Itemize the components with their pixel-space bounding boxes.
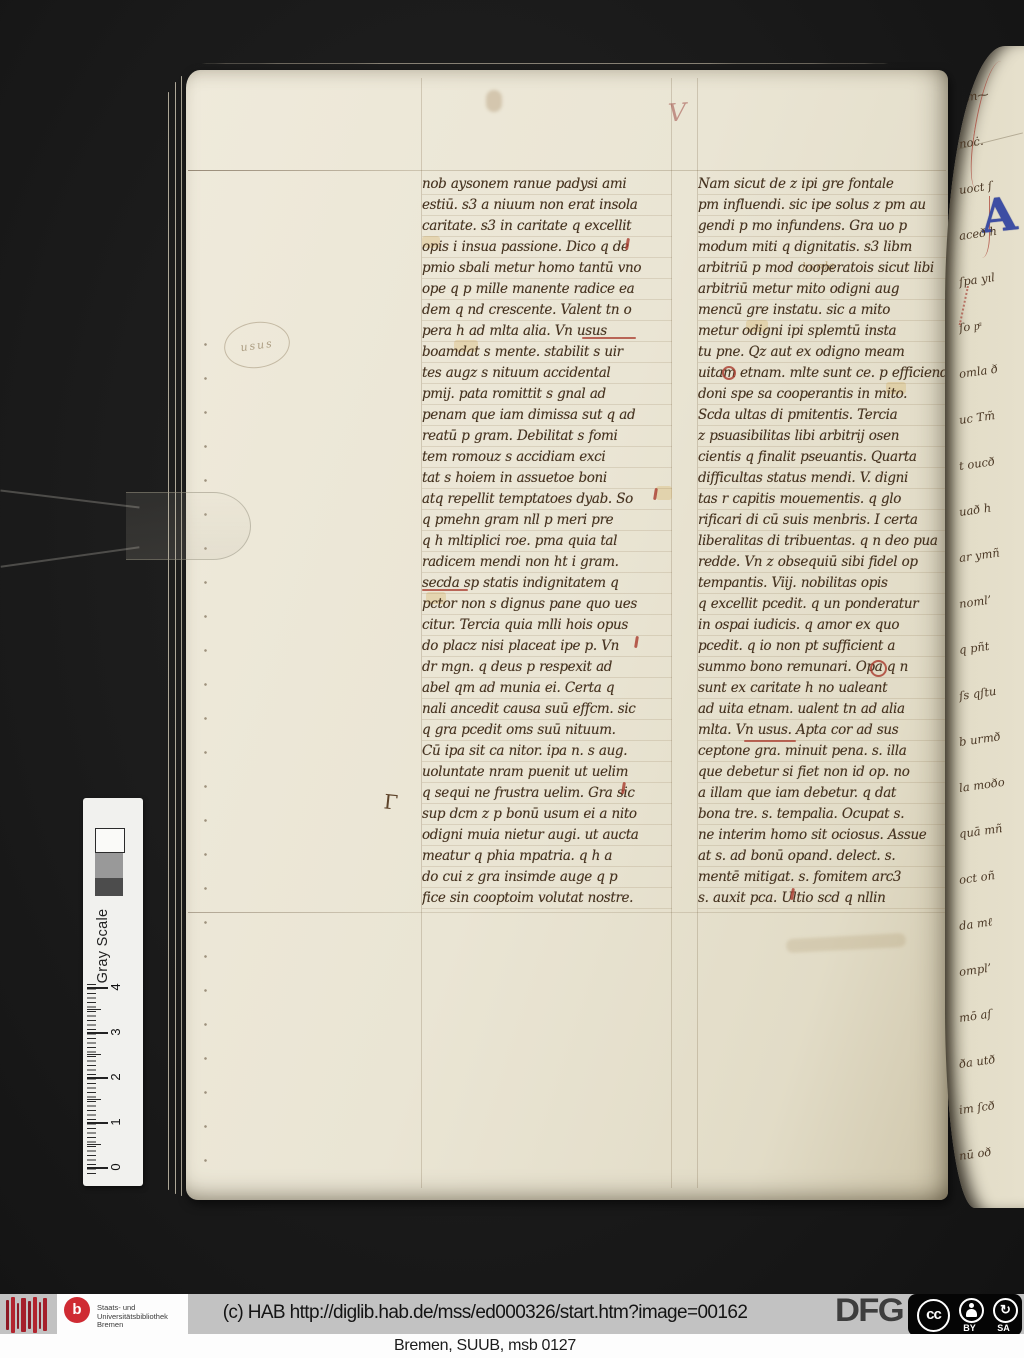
red-underline <box>744 740 796 742</box>
manuscript-text-line: uoluntate nram puenit ut uelim <box>422 762 672 783</box>
cc-icon: cc <box>917 1299 950 1332</box>
cc-by-person-icon <box>959 1298 984 1323</box>
caption-strip: Bremen, SUUB, msb 0127 <box>0 1334 1024 1358</box>
manuscript-text-line: tas r capitis mouementis. q glo <box>698 489 948 510</box>
manuscript-text-line: q sequi ne frustra uelim. Gra sic <box>422 783 672 804</box>
facing-page-text: um⁓noċ.uoct ſaceð hſpa yılſo pͣomla ðuc … <box>961 86 1024 1190</box>
red-underline <box>582 337 636 339</box>
page-holder-clip <box>118 468 268 580</box>
manuscript-text-line: nob aysonem ranue padysi ami <box>422 174 672 195</box>
manuscript-text-line: a illam que iam debetur. q dat <box>698 783 948 804</box>
manuscript-text-line: ope q p mille manente radice ea <box>422 279 672 300</box>
ruling-line-bottom <box>188 912 946 913</box>
manuscript-text-line: estiū. s3 a niuum non erat insola <box>422 195 672 216</box>
clip-edge <box>0 489 139 508</box>
manuscript-text-line: Cū ipa sit ca nitor. ipa n. s aug. <box>422 741 672 762</box>
manuscript-text-line: que debetur si fiet non id op. no <box>698 762 948 783</box>
manuscript-text-line: q h mltiplici roe. pma quia tal <box>422 531 672 552</box>
manuscript-text-line: summo bono remunari. Opa q n <box>698 657 948 678</box>
manuscript-text-line: citur. Tercia quia mlli hois opus <box>422 615 672 636</box>
pricking-holes <box>203 342 208 1172</box>
copyright-url: (c) HAB http://diglib.hab.de/mss/ed00032… <box>0 1302 970 1324</box>
manuscript-text-line: gendi p mo infundens. Gra uo p <box>698 216 948 237</box>
manuscript-text-line: pmio sbali metur homo tantū vno <box>422 258 672 279</box>
manuscript-text-line: bona tre. s. tempalia. Ocupat s. <box>698 804 948 825</box>
quire-mark: V <box>666 97 688 127</box>
ruler-half-tick <box>87 1009 101 1010</box>
manuscript-text-line: pctor non s dignus pane quo ues <box>422 594 672 615</box>
manuscript-text-line: q pmehn gram nll p meri pre <box>422 510 672 531</box>
ruler-number: 0 <box>108 1157 122 1177</box>
ruler-number: 3 <box>108 1022 122 1042</box>
person-head <box>969 1303 974 1308</box>
text-column-left: nob aysonem ranue padysi amiestiū. s3 a … <box>422 174 672 909</box>
manuscript-text-line: tes augz s nituum accidental <box>422 363 672 384</box>
leaf-top-edge <box>200 63 890 64</box>
manuscript-text-line: arbitriū p mod cooperatois sicut libi <box>698 258 948 279</box>
gray-patch-dark <box>95 878 123 896</box>
manuscript-text-line: mlta. Vn usus. Apta cor ad sus <box>698 720 948 741</box>
manuscript-text-line: dem q nd crescente. Valent tn o <box>422 300 672 321</box>
manuscript-text-line: pmij. pata romittit s gnal ad <box>422 384 672 405</box>
manuscript-text-line: z psuasibilitas libi arbitrij osen <box>698 426 948 447</box>
manuscript-text-line: boamdat s mente. stabilit s uir <box>422 342 672 363</box>
shelfmark-caption: Bremen, SUUB, msb 0127 <box>0 1337 970 1355</box>
manuscript-text-line: ad uita etnam. ualent tn ad alia <box>698 699 948 720</box>
manuscript-text-line: sup dcm z p bonū usum ei a nito <box>422 804 672 825</box>
red-initial-ring <box>722 366 736 380</box>
ruler-major-tick <box>87 1122 108 1124</box>
library-stamp: usus <box>221 318 293 373</box>
credit-bar: b Staats- und Universitätsbibliothek Bre… <box>0 1294 1024 1334</box>
ruling-line-top <box>188 170 946 171</box>
manuscript-text-line: s. auxit pca. Ultio scd q nllin <box>698 888 948 909</box>
manuscript-text-line: fice sin cooptoim volutat nostre. <box>422 888 672 909</box>
manuscript-text-line: in ospai iudicis. q amor ex quo <box>698 615 948 636</box>
leaf-edge <box>175 82 176 1194</box>
manuscript-text-line: at s. ad bonū opand. delect. s. <box>698 846 948 867</box>
facing-page-sliver: A um⁓noċ.uoct ſaceð hſpa yılſo pͣomla ðu… <box>945 46 1024 1208</box>
red-underline <box>422 589 468 591</box>
ruler-number: 1 <box>108 1112 122 1132</box>
ruler-major-tick <box>87 1077 108 1079</box>
manuscript-text-line: nū oð <box>958 1139 1024 1194</box>
manuscript-text-line: liberalitas di tribuentas. q n deo pua <box>698 531 948 552</box>
ruler-major-tick <box>87 987 108 989</box>
manuscript-text-line: q gra pcedit oms suū nituum. <box>422 720 672 741</box>
dfg-logo: DFG <box>827 1292 911 1329</box>
manuscript-text-line: pm influendi. sic ipe solus z pm au <box>698 195 948 216</box>
manuscript-text-line: ne interim homo sit ociosus. Assue <box>698 825 948 846</box>
red-initial-ring <box>870 660 887 677</box>
manuscript-text-line: metur odigni ipi splemtū insta <box>698 321 948 342</box>
manuscript-text-line: do cui z gra insimde auge q p <box>422 867 672 888</box>
manuscript-page: V usus Γ horda nob aysonem ranue padysi … <box>186 70 948 1200</box>
faded-note-smudge <box>786 933 907 953</box>
gray-scale-ruler: Gray Scale 4 3 2 1 0 <box>83 798 143 1186</box>
manuscript-text-line: odigni muia nietur augi. ut aucta <box>422 825 672 846</box>
manuscript-text-line: difficultas status mendi. V. digni <box>698 468 948 489</box>
manuscript-text-line: rificari di cū suis menbris. I certa <box>698 510 948 531</box>
manuscript-text-line: reatū p gram. Debilitat s fomi <box>422 426 672 447</box>
ruler-half-tick <box>87 1054 101 1055</box>
manuscript-text-line: tempantis. Viij. nobilitas opis <box>698 573 948 594</box>
cc-by-label: BY <box>957 1323 982 1333</box>
manuscript-text-line: tem romouz s accidiam exci <box>422 447 672 468</box>
ruler-half-tick <box>87 1099 101 1100</box>
gray-patch-mid <box>95 853 123 878</box>
ruler-major-tick <box>87 1167 108 1169</box>
margin-paragraph-mark: Γ <box>383 789 399 814</box>
stamp-text: usus <box>240 336 275 354</box>
manuscript-text-line: radicem mendi non ht i gram. <box>422 552 672 573</box>
manuscript-text-line: Nam sicut de z ipi gre fontale <box>698 174 948 195</box>
manuscript-text-line: tat s hoiem in assuetoe boni <box>422 468 672 489</box>
manuscript-text-line: meatur q phia mpatria. q h a <box>422 846 672 867</box>
leaf-edge <box>181 76 182 1196</box>
manuscript-text-line: Scda ultas di pmitentis. Tercia <box>698 405 948 426</box>
manuscript-text-line: nali ancedit causa suū effcm. sic <box>422 699 672 720</box>
manuscript-text-line: doni spe sa cooperantis in mito. <box>698 384 948 405</box>
manuscript-text-line: caritate. s3 in caritate q excellit <box>422 216 672 237</box>
clip-edge <box>1 546 140 567</box>
manuscript-text-line: pcedit. q io non pt sufficient a <box>698 636 948 657</box>
leaf-edge <box>168 92 169 1190</box>
manuscript-text-line: mencū gre instatu. sic a mito <box>698 300 948 321</box>
manuscript-text-line: modum miti q dignitatis. s3 libm <box>698 237 948 258</box>
ruler-half-tick <box>87 1144 101 1145</box>
parchment-stain <box>486 90 502 112</box>
manuscript-text-line: arbitriū metur mito odigni aug <box>698 279 948 300</box>
manuscript-text-line: tu pne. Qz aut ex odigno meam <box>698 342 948 363</box>
manuscript-text-line: sunt ex caritate h no ualeant <box>698 678 948 699</box>
ruler-number: 2 <box>108 1067 122 1087</box>
ruler-major-tick <box>87 1032 108 1034</box>
manuscript-text-line: redde. Vn z obsequiū sibi fidel op <box>698 552 948 573</box>
manuscript-text-line: atq repellit temptatoes dyab. So <box>422 489 672 510</box>
clip-tip <box>126 492 251 560</box>
ruler-number: 4 <box>108 977 122 997</box>
manuscript-text-line: penam que iam dimissa sut q ad <box>422 405 672 426</box>
manuscript-text-line: mentē mitigat. s. fomitem arc3 <box>698 867 948 888</box>
manuscript-text-line: cientis q finalit pseuantis. Quarta <box>698 447 948 468</box>
gray-patch-white <box>95 828 125 853</box>
scan-viewport: V usus Γ horda nob aysonem ranue padysi … <box>0 0 1024 1358</box>
manuscript-text-line: abel qm ad munia ei. Certa q <box>422 678 672 699</box>
cc-sa-arrow-icon: ↻ <box>993 1298 1018 1323</box>
person-body <box>966 1309 977 1317</box>
cc-sa-label: SA <box>991 1323 1016 1333</box>
manuscript-text-line: dr mgn. q deus p respexit ad <box>422 657 672 678</box>
ruler-minor-ticks <box>87 984 96 1174</box>
manuscript-text-line: opis i insua passione. Dico q de <box>422 237 672 258</box>
manuscript-text-line: q excellit pcedit. q un ponderatur <box>698 594 948 615</box>
manuscript-text-line: ceptone gra. minuit pena. s. illa <box>698 741 948 762</box>
cc-license-badge: cc ↻ BY SA <box>908 1294 1022 1336</box>
text-column-right: Nam sicut de z ipi gre fontalepm influen… <box>698 174 948 909</box>
